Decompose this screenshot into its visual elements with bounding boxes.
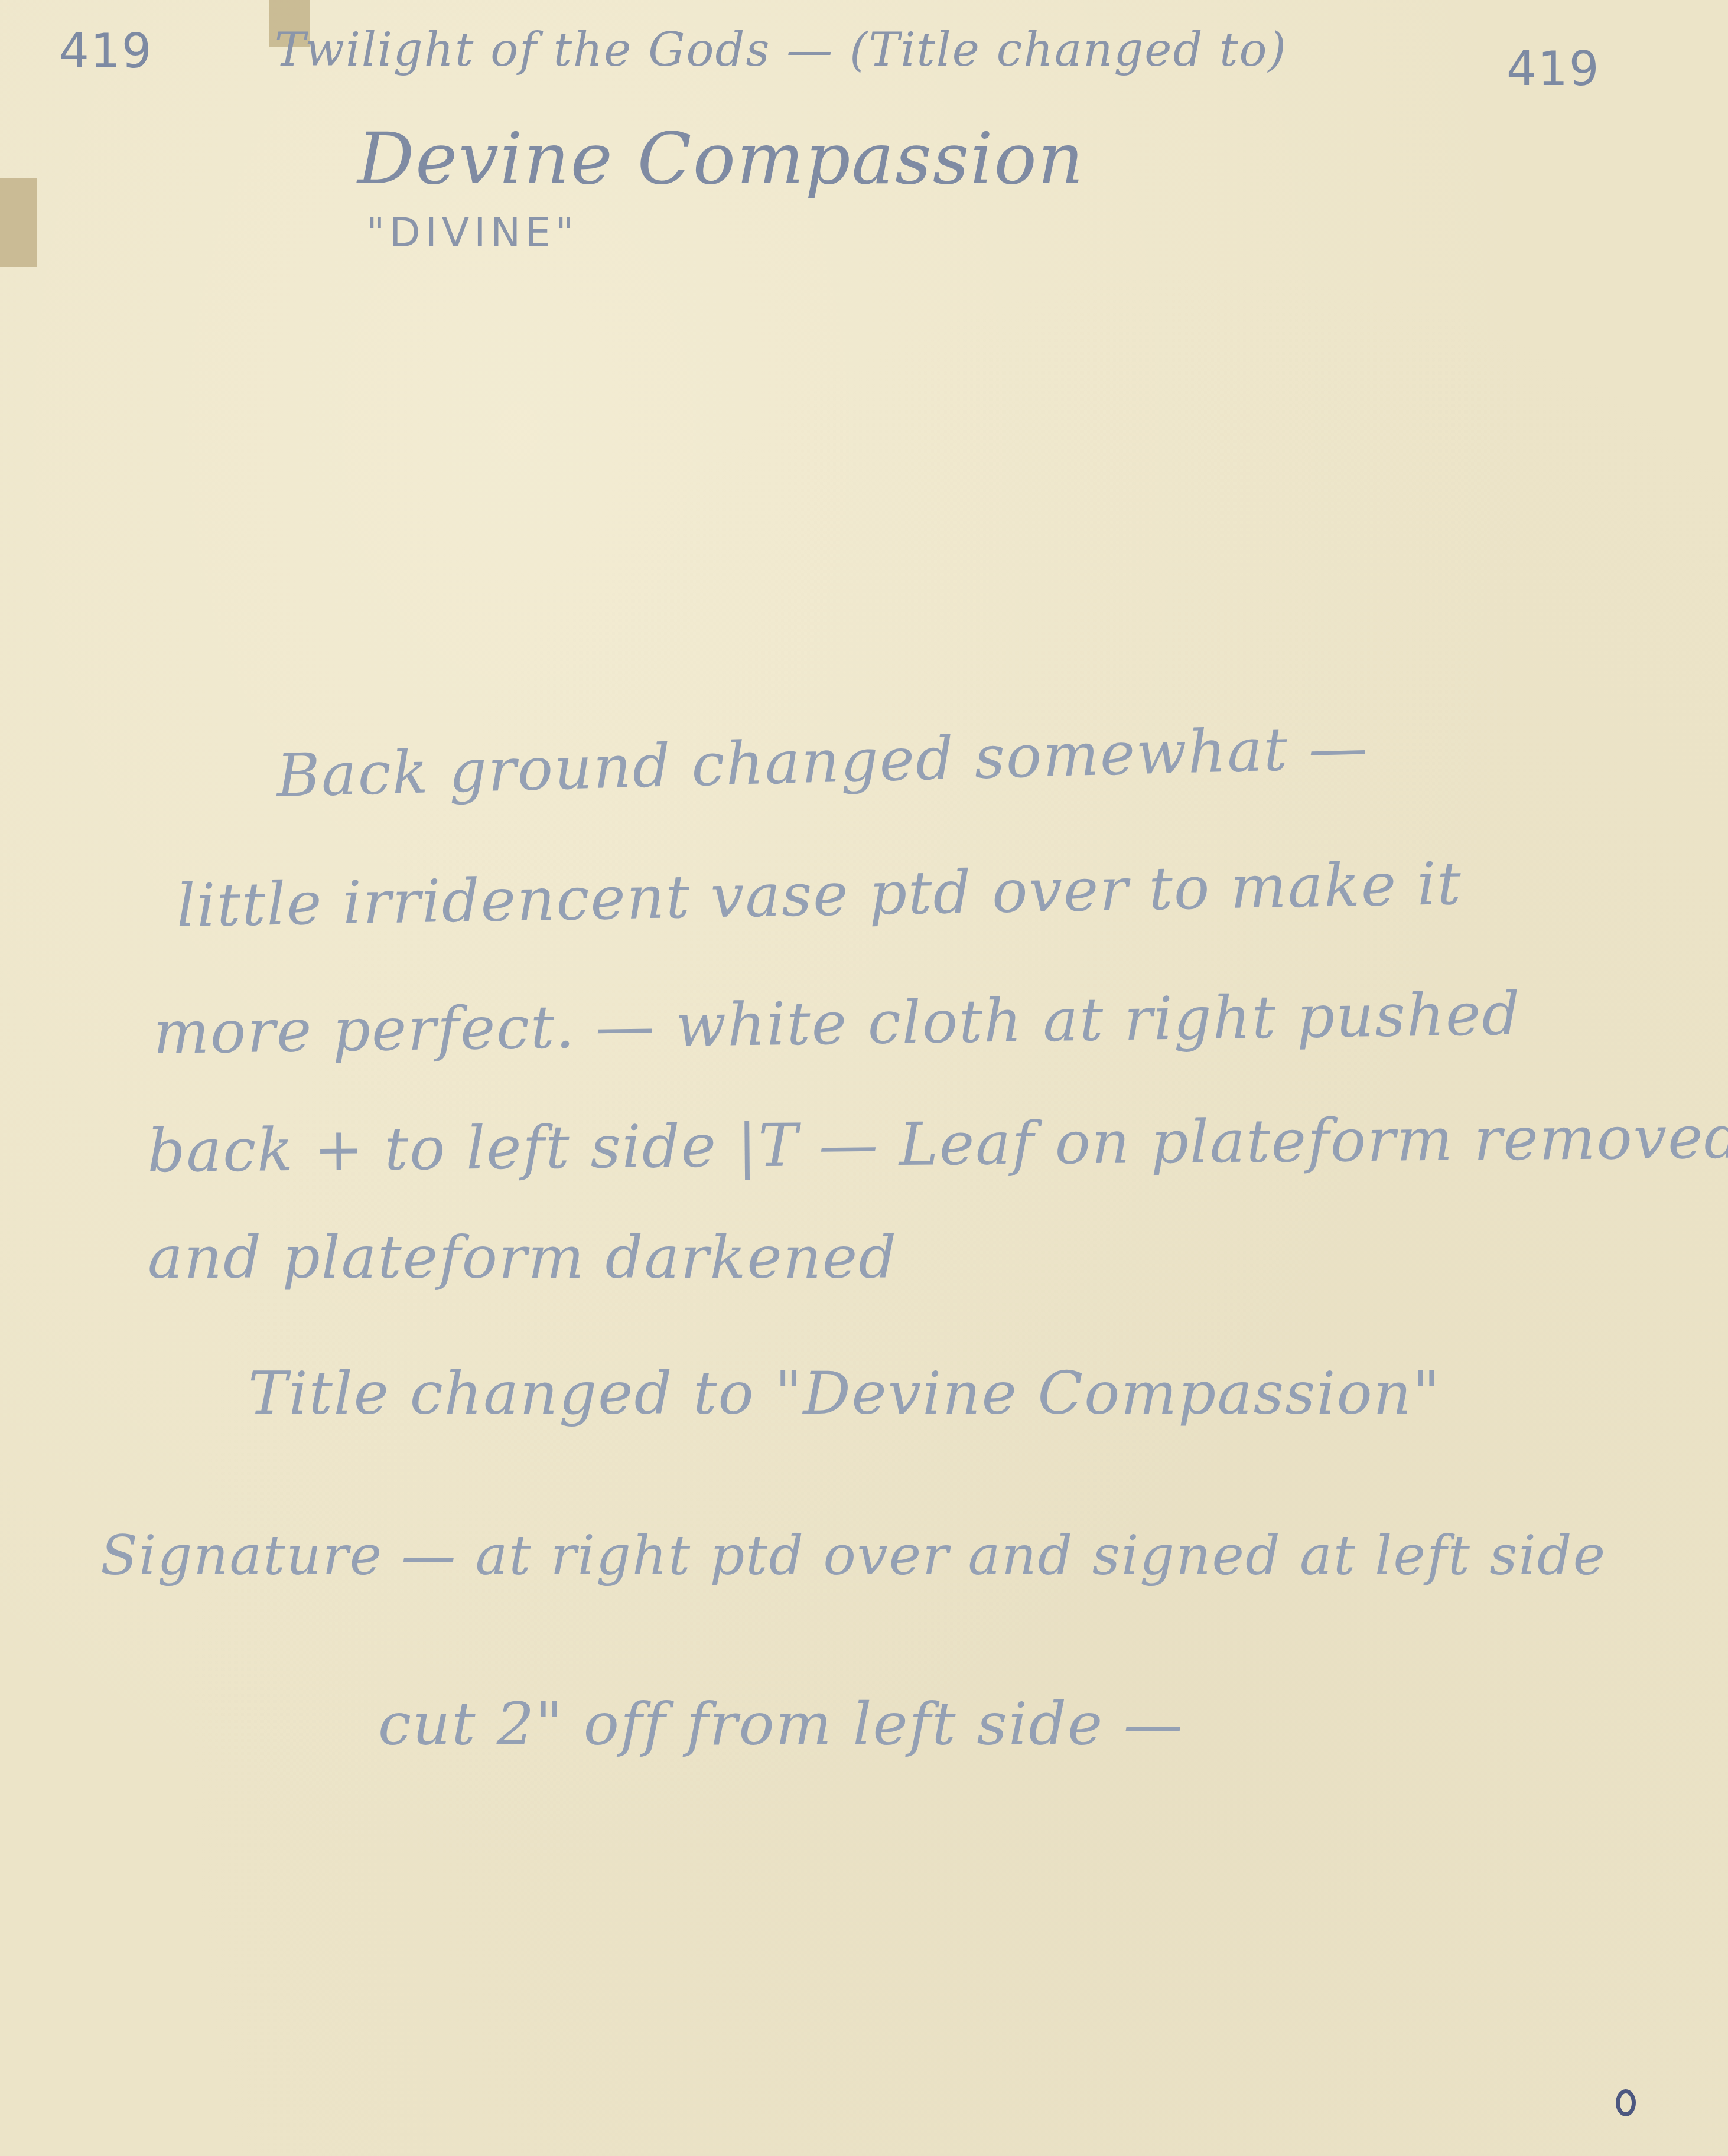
note-line: little irridencent vase ptd over to make…: [176, 849, 1463, 940]
note-line: back + to left side |T — Leaf on platefo…: [147, 1102, 1728, 1186]
note-line: more perfect. — white cloth at right pus…: [152, 979, 1521, 1067]
note-line: Back ground changed somewhat —: [276, 713, 1369, 810]
circle-mark-icon: [1616, 2089, 1636, 2116]
page-number-right: 419: [1506, 41, 1600, 96]
note-line: cut 2" off from left side —: [378, 1689, 1184, 1758]
tape-strip-left: [0, 178, 37, 267]
original-title-note: Twilight of the Gods — (Title changed to…: [275, 24, 1287, 77]
new-title: Devine Compassion: [357, 118, 1085, 200]
note-line: and plateform darkened: [148, 1223, 897, 1292]
note-line: Title changed to "Devine Compassion": [248, 1359, 1441, 1428]
correction-note: "DIVINE": [366, 210, 578, 256]
note-line: Signature — at right ptd over and signed…: [100, 1524, 1606, 1587]
page-number-left: 419: [59, 24, 153, 79]
